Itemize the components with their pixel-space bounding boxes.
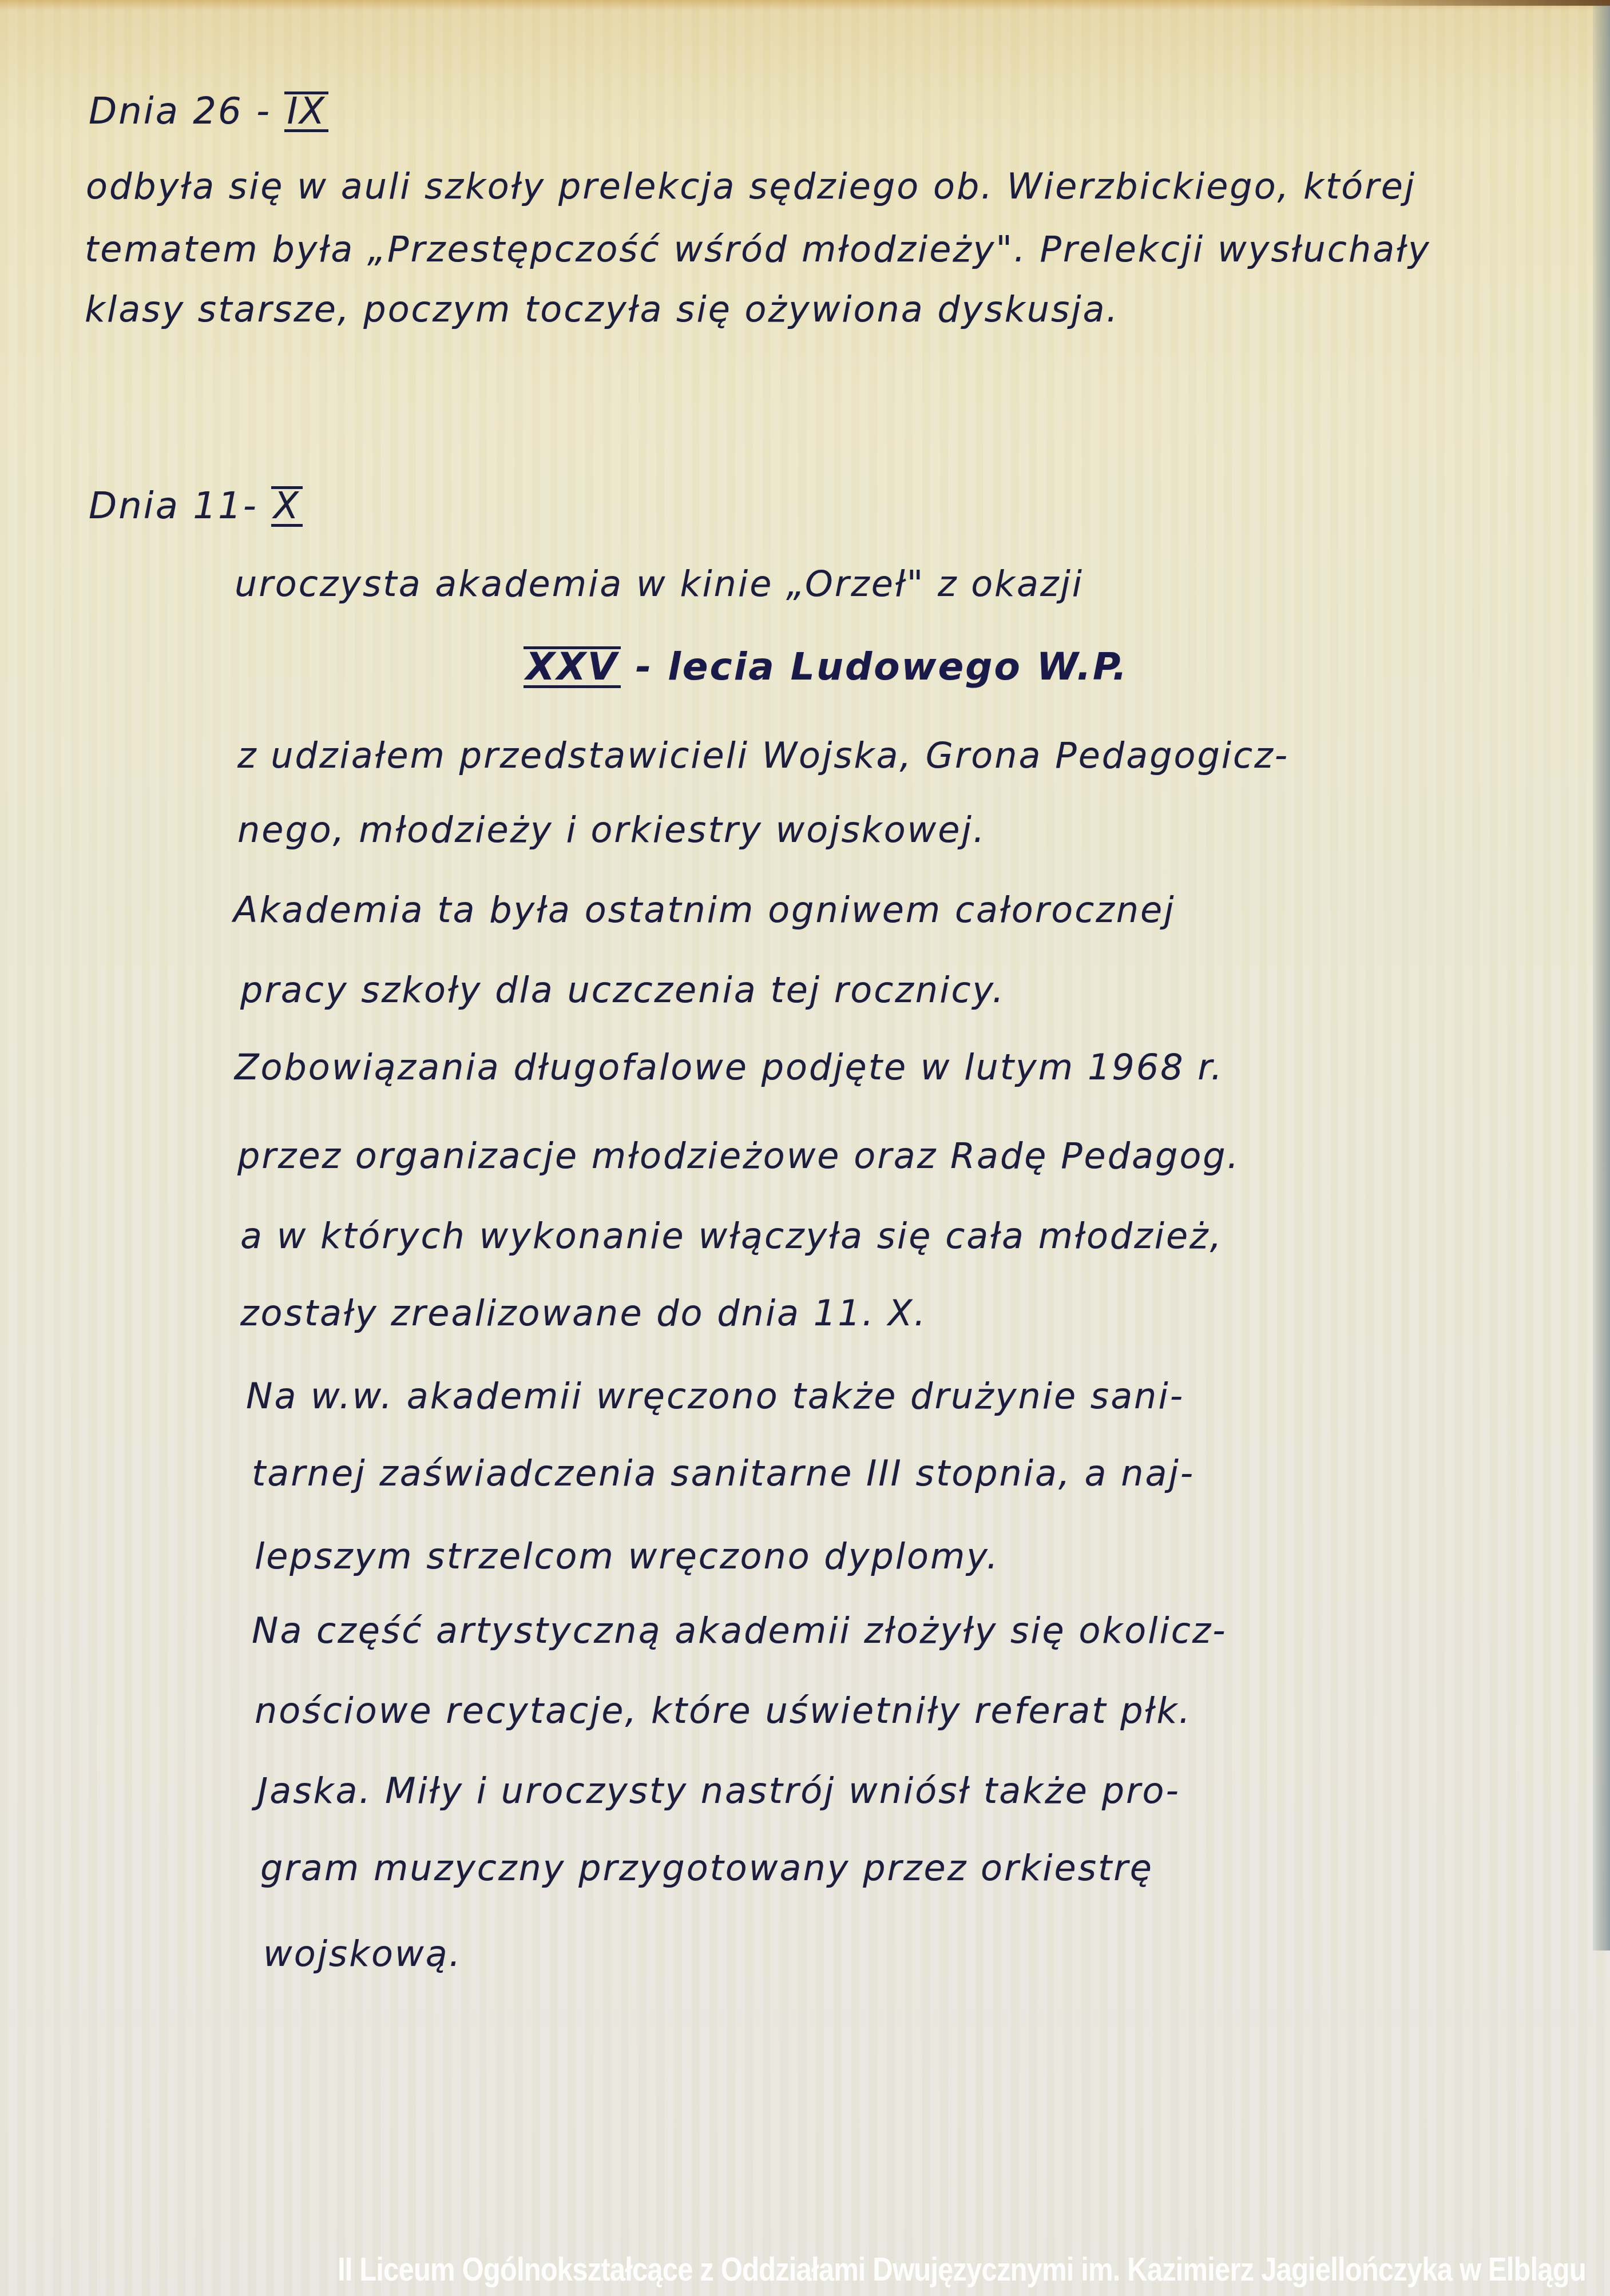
entry-2-line: Zobowiązania długofalowe podjęte w lutym… [235, 1050, 1224, 1085]
entry-1-month-roman: IX [284, 92, 328, 132]
entry-2-line: zostały zrealizowane do dnia 11. X. [240, 1296, 927, 1331]
occasion-text: - lecia Ludowego W.P. [636, 645, 1129, 689]
entry-1-date-prefix: Dnia 26 - [89, 90, 271, 133]
entry-2-line: gram muzyczny przygotowany przez orkiest… [260, 1850, 1153, 1886]
occasion-roman-numeral: XXV [524, 646, 621, 688]
entry-1-line: tematem była „Przestępczość wśród młodzi… [85, 232, 1431, 267]
entry-2-month-roman: X [271, 486, 303, 527]
entry-2-date-prefix: Dnia 11- [89, 485, 258, 527]
entry-1-date-heading: Dnia 26 - IX [89, 92, 328, 132]
handwritten-chronicle-page: Dnia 26 - IX odbyła się w auli szkoły pr… [0, 0, 1610, 2296]
entry-2-line: wojskową. [263, 1936, 462, 1972]
entry-2-date-heading: Dnia 11- X [89, 486, 303, 527]
entry-2-line: tarnej zaświadczenia sanitarne III stopn… [252, 1456, 1195, 1491]
entry-2-line: lepszym strzelcom wręczono dyplomy. [255, 1539, 1000, 1574]
institution-watermark: II Liceum Ogólnokształcące z Oddziałami … [338, 2251, 1586, 2289]
entry-2-line: Na w.w. akademii wręczono także drużynie… [246, 1379, 1184, 1414]
entry-2-line: a w których wykonanie włączyła się cała … [240, 1218, 1223, 1254]
entry-2-line: Na część artystyczną akademii złożyły si… [252, 1613, 1227, 1648]
entry-2-line: przez organizacje młodzieżowe oraz Radę … [237, 1138, 1240, 1174]
entry-2-line: z udziałem przedstawicieli Wojska, Grona… [237, 738, 1289, 773]
entry-1-line: odbyła się w auli szkoły prelekcja sędzi… [86, 169, 1416, 204]
entry-1-line: klasy starsze, poczym toczyła się ożywio… [85, 292, 1119, 327]
entry-2-line: Akademia ta była ostatnim ogniwem całoro… [233, 892, 1175, 928]
entry-2-occasion-line: XXV - lecia Ludowego W.P. [524, 646, 1128, 688]
entry-2-line: Jaska. Miły i uroczysty nastrój wniósł t… [257, 1773, 1180, 1809]
entry-2-line: nego, młodzieży i orkiestry wojskowej. [237, 812, 986, 848]
entry-2-line: pracy szkoły dla uczczenia tej rocznicy. [240, 972, 1005, 1008]
entry-2-line: nościowe recytacje, które uświetniły ref… [255, 1693, 1192, 1729]
entry-2-intro-line: uroczysta akademia w kinie „Orzeł" z oka… [235, 566, 1084, 602]
